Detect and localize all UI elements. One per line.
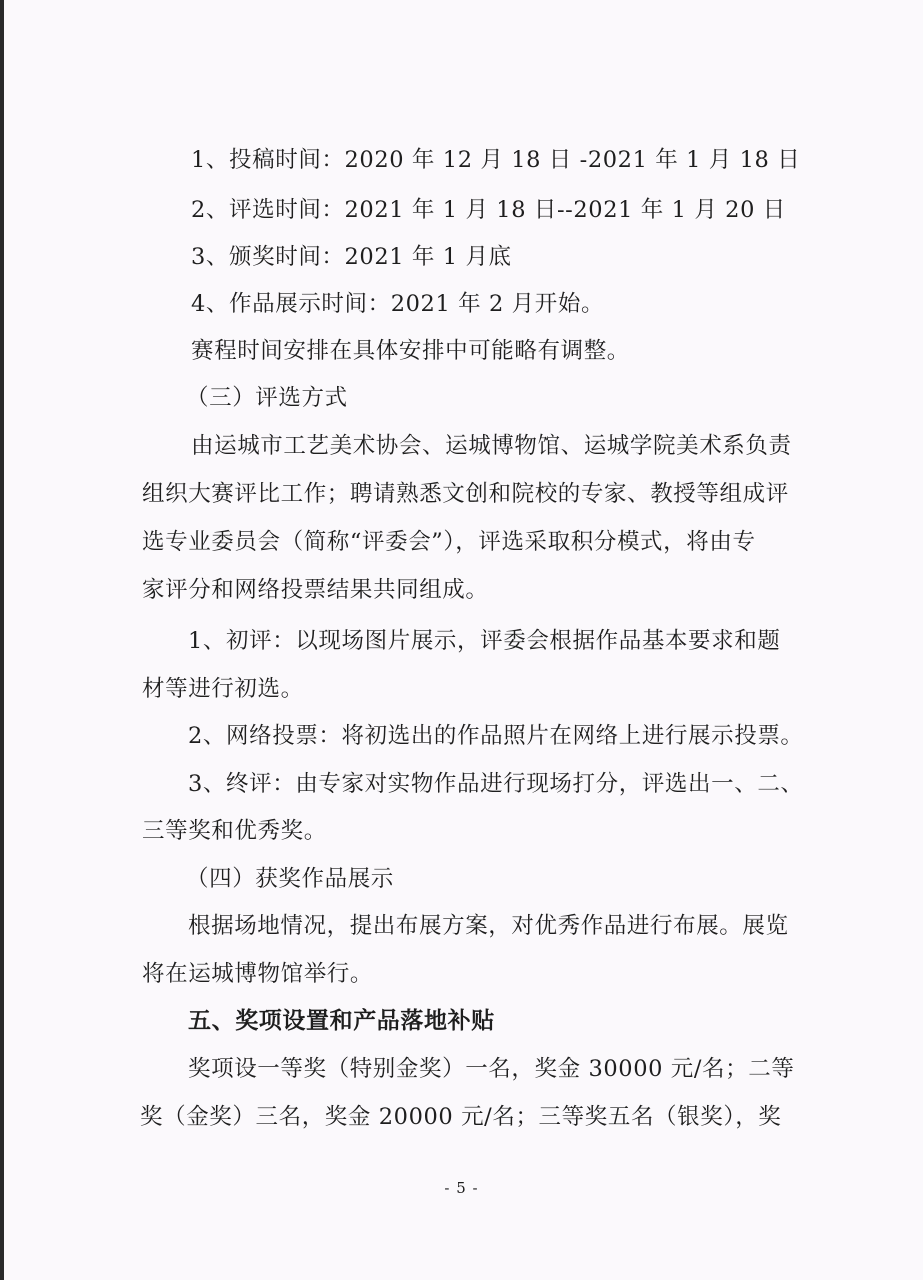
list-item-final-cont: 三等奖和优秀奖。 <box>142 817 327 845</box>
schedule-item-submission: 1、投稿时间：2020 年 12 月 18 日 -2021 年 1 月 18 日 <box>191 146 800 174</box>
paragraph-line: 根据场地情况，提出布展方案，对优秀作品进行布展。展览 <box>188 912 789 940</box>
paragraph-line: 奖项设一等奖（特别金奖）一名，奖金 30000 元/名；二等 <box>188 1055 794 1083</box>
schedule-item-judging: 2、评选时间：2021 年 1 月 18 日--2021 年 1 月 20 日 <box>191 196 786 224</box>
document-page: 1、投稿时间：2020 年 12 月 18 日 -2021 年 1 月 18 日… <box>0 0 923 1280</box>
schedule-note: 赛程时间安排在具体安排中可能略有调整。 <box>191 337 630 365</box>
section-heading-judging-method: （三）评选方式 <box>186 384 348 412</box>
paragraph-line: 将在运城博物馆举行。 <box>142 960 373 988</box>
schedule-item-award: 3、颁奖时间：2021 年 1 月底 <box>191 243 512 271</box>
paragraph-line: 由运城市工艺美术协会、运城博物馆、运城学院美术系负责 <box>191 432 792 460</box>
section-heading-awards: 五、奖项设置和产品落地补贴 <box>188 1007 495 1035</box>
schedule-item-exhibition: 4、作品展示时间：2021 年 2 月开始。 <box>191 290 604 318</box>
list-item-final: 3、终评：由专家对实物作品进行现场打分，评选出一、二、 <box>188 770 804 798</box>
paragraph-line: 家评分和网络投票结果共同组成。 <box>142 576 489 604</box>
list-item-online-vote: 2、网络投票：将初选出的作品照片在网络上进行展示投票。 <box>188 722 804 750</box>
list-item-preliminary-cont: 材等进行初选。 <box>142 675 304 703</box>
paragraph-line: 组织大赛评比工作；聘请熟悉文创和院校的专家、教授等组成评 <box>142 480 789 508</box>
page-number: - 5 - <box>0 1179 923 1197</box>
paragraph-line: 选专业委员会（简称“评委会”），评选采取积分模式，将由专 <box>142 528 756 556</box>
paragraph-line: 奖（金奖）三名，奖金 20000 元/名；三等奖五名（银奖），奖 <box>140 1103 781 1131</box>
section-heading-exhibition: （四）获奖作品展示 <box>186 865 394 893</box>
list-item-preliminary: 1、初评：以现场图片展示，评委会根据作品基本要求和题 <box>188 627 780 655</box>
